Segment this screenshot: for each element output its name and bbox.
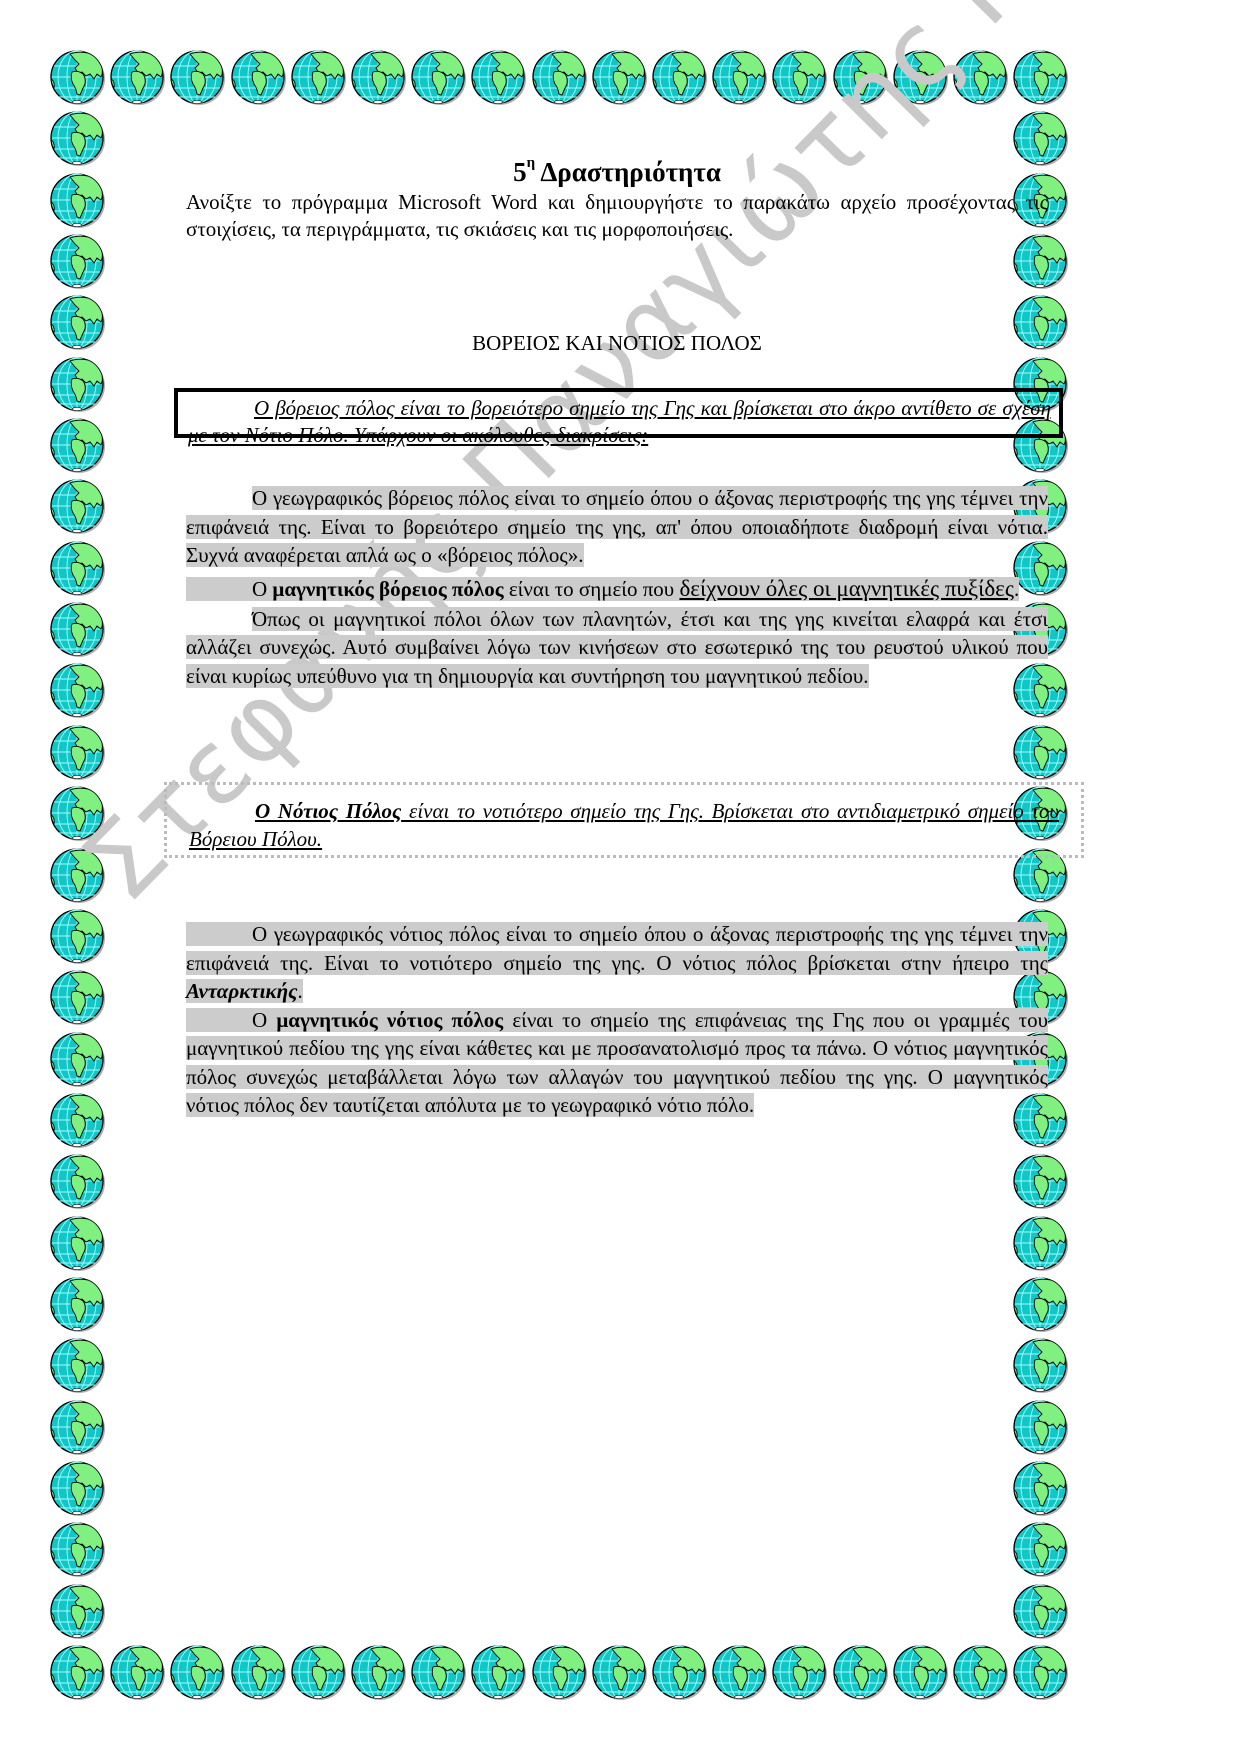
south-pole-section: Ο γεωγραφικός νότιος πόλος είναι το σημε…: [186, 920, 1048, 1120]
globe-icon: [1011, 1520, 1069, 1578]
globe-icon: [48, 171, 106, 229]
globe-icon: [1011, 1398, 1069, 1456]
title-superscript: η: [527, 155, 536, 171]
globe-icon: [1011, 1582, 1069, 1640]
globe-icon: [168, 1643, 226, 1701]
ms-bold: μαγνητικός νότιος πόλος: [276, 1008, 503, 1032]
mn-start: Ο: [252, 577, 272, 601]
globe-icon: [48, 539, 106, 597]
globe-icon: [48, 1582, 106, 1640]
globe-icon: [48, 784, 106, 842]
globe-icon: [48, 477, 106, 535]
globe-icon: [108, 1643, 166, 1701]
globe-icon: [1011, 1459, 1069, 1517]
globe-icon: [710, 1643, 768, 1701]
document-header: 5η Δραστηριότητα Ανοίξτε το πρόγραμμα Mi…: [186, 150, 1048, 357]
globe-icon: [48, 293, 106, 351]
globe-icon: [48, 48, 106, 106]
globe-icon: [951, 1643, 1009, 1701]
globe-icon: [831, 1643, 889, 1701]
globe-icon: [48, 600, 106, 658]
globe-icon: [590, 48, 648, 106]
globe-icon: [48, 907, 106, 965]
globe-icon: [168, 48, 226, 106]
globe-icon: [349, 48, 407, 106]
globe-icon: [530, 1643, 588, 1701]
instructions-text: Ανοίξτε το πρόγραμμα Microsoft Word και …: [186, 189, 1048, 243]
title-text: Δραστηριότητα: [540, 157, 721, 187]
globe-icon: [48, 1091, 106, 1149]
globe-icon: [48, 1152, 106, 1210]
mn-bold: μαγνητικός βόρειος πόλος: [272, 577, 503, 601]
globe-icon: [1011, 723, 1069, 781]
globe-icon: [48, 1643, 106, 1701]
globe-icon: [1011, 1336, 1069, 1394]
globe-icon: [951, 48, 1009, 106]
globe-icon: [48, 232, 106, 290]
globe-icon: [770, 48, 828, 106]
globe-icon: [229, 1643, 287, 1701]
dotted-south-pole-paragraph: Ο Νότιος Πόλος είναι το νοτιότερο σημείο…: [164, 782, 1084, 858]
globe-icon: [1011, 1214, 1069, 1272]
boxed-text: Ο βόρειος πόλος είναι το βορειότερο σημε…: [188, 396, 1051, 447]
globe-icon: [48, 968, 106, 1026]
globe-icon: [1011, 1643, 1069, 1701]
globe-icon: [590, 1643, 648, 1701]
mn-mid: είναι το σημείο που: [504, 577, 680, 601]
globe-icon: [530, 48, 588, 106]
globe-icon: [469, 48, 527, 106]
globe-icon: [289, 1643, 347, 1701]
mn-underlined: δείχνουν όλες οι μαγνητικές πυξίδες: [679, 576, 1014, 601]
globe-icon: [48, 846, 106, 904]
globe-icon: [409, 1643, 467, 1701]
geographic-north-text: Ο γεωγραφικός βόρειος πόλος είναι το σημ…: [186, 486, 1048, 567]
globe-icon: [229, 48, 287, 106]
globe-icon: [48, 416, 106, 474]
globe-icon: [108, 48, 166, 106]
globe-icon: [48, 1214, 106, 1272]
magnetic-drift-text: Όπως οι μαγνητικοί πόλοι όλων των πλανητ…: [186, 607, 1048, 688]
gs-antarctica: Ανταρκτικής: [186, 979, 298, 1003]
globe-icon: [770, 1643, 828, 1701]
globe-icon: [48, 1275, 106, 1333]
globe-icon: [48, 1459, 106, 1517]
page-title: 5η Δραστηριότητα: [186, 150, 1048, 189]
mn-end: .: [1014, 577, 1019, 601]
globe-icon: [48, 723, 106, 781]
globe-icon: [48, 1030, 106, 1088]
globe-icon: [1011, 1275, 1069, 1333]
gs-text: Ο γεωγραφικός νότιος πόλος είναι το σημε…: [186, 922, 1048, 975]
globe-icon: [1011, 48, 1069, 106]
globe-icon: [48, 1336, 106, 1394]
globe-icon: [48, 109, 106, 167]
title-number: 5: [513, 157, 527, 187]
globe-icon: [48, 1398, 106, 1456]
gs-end: .: [298, 979, 303, 1003]
magnetic-drift-paragraph: Όπως οι μαγνητικοί πόλοι όλων των πλανητ…: [186, 605, 1048, 691]
globe-icon: [891, 1643, 949, 1701]
magnetic-north-paragraph: Ο μαγνητικός βόρειος πόλος είναι το σημε…: [186, 573, 1048, 605]
globe-icon: [891, 48, 949, 106]
globe-icon: [1011, 1152, 1069, 1210]
globe-icon: [289, 48, 347, 106]
globe-icon: [48, 661, 106, 719]
magnetic-south-paragraph: Ο μαγνητικός νότιος πόλος είναι το σημεί…: [186, 1006, 1048, 1120]
north-pole-section: Ο γεωγραφικός βόρειος πόλος είναι το σημ…: [186, 484, 1048, 690]
ms-start: Ο: [252, 1008, 276, 1032]
globe-icon: [650, 1643, 708, 1701]
globe-icon: [48, 355, 106, 413]
section-heading: ΒΟΡΕΙΟΣ ΚΑΙ ΝΟΤΙΟΣ ΠΟΛΟΣ: [186, 329, 1048, 357]
globe-icon: [710, 48, 768, 106]
globe-icon: [409, 48, 467, 106]
globe-icon: [349, 1643, 407, 1701]
globe-icon: [650, 48, 708, 106]
globe-icon: [831, 48, 889, 106]
geographic-south-paragraph: Ο γεωγραφικός νότιος πόλος είναι το σημε…: [186, 920, 1048, 1006]
south-pole-bold: Ο Νότιος Πόλος: [255, 799, 401, 823]
globe-icon: [469, 1643, 527, 1701]
globe-icon: [48, 1520, 106, 1578]
geographic-north-paragraph: Ο γεωγραφικός βόρειος πόλος είναι το σημ…: [186, 484, 1048, 570]
boxed-intro-paragraph: Ο βόρειος πόλος είναι το βορειότερο σημε…: [174, 388, 1063, 438]
